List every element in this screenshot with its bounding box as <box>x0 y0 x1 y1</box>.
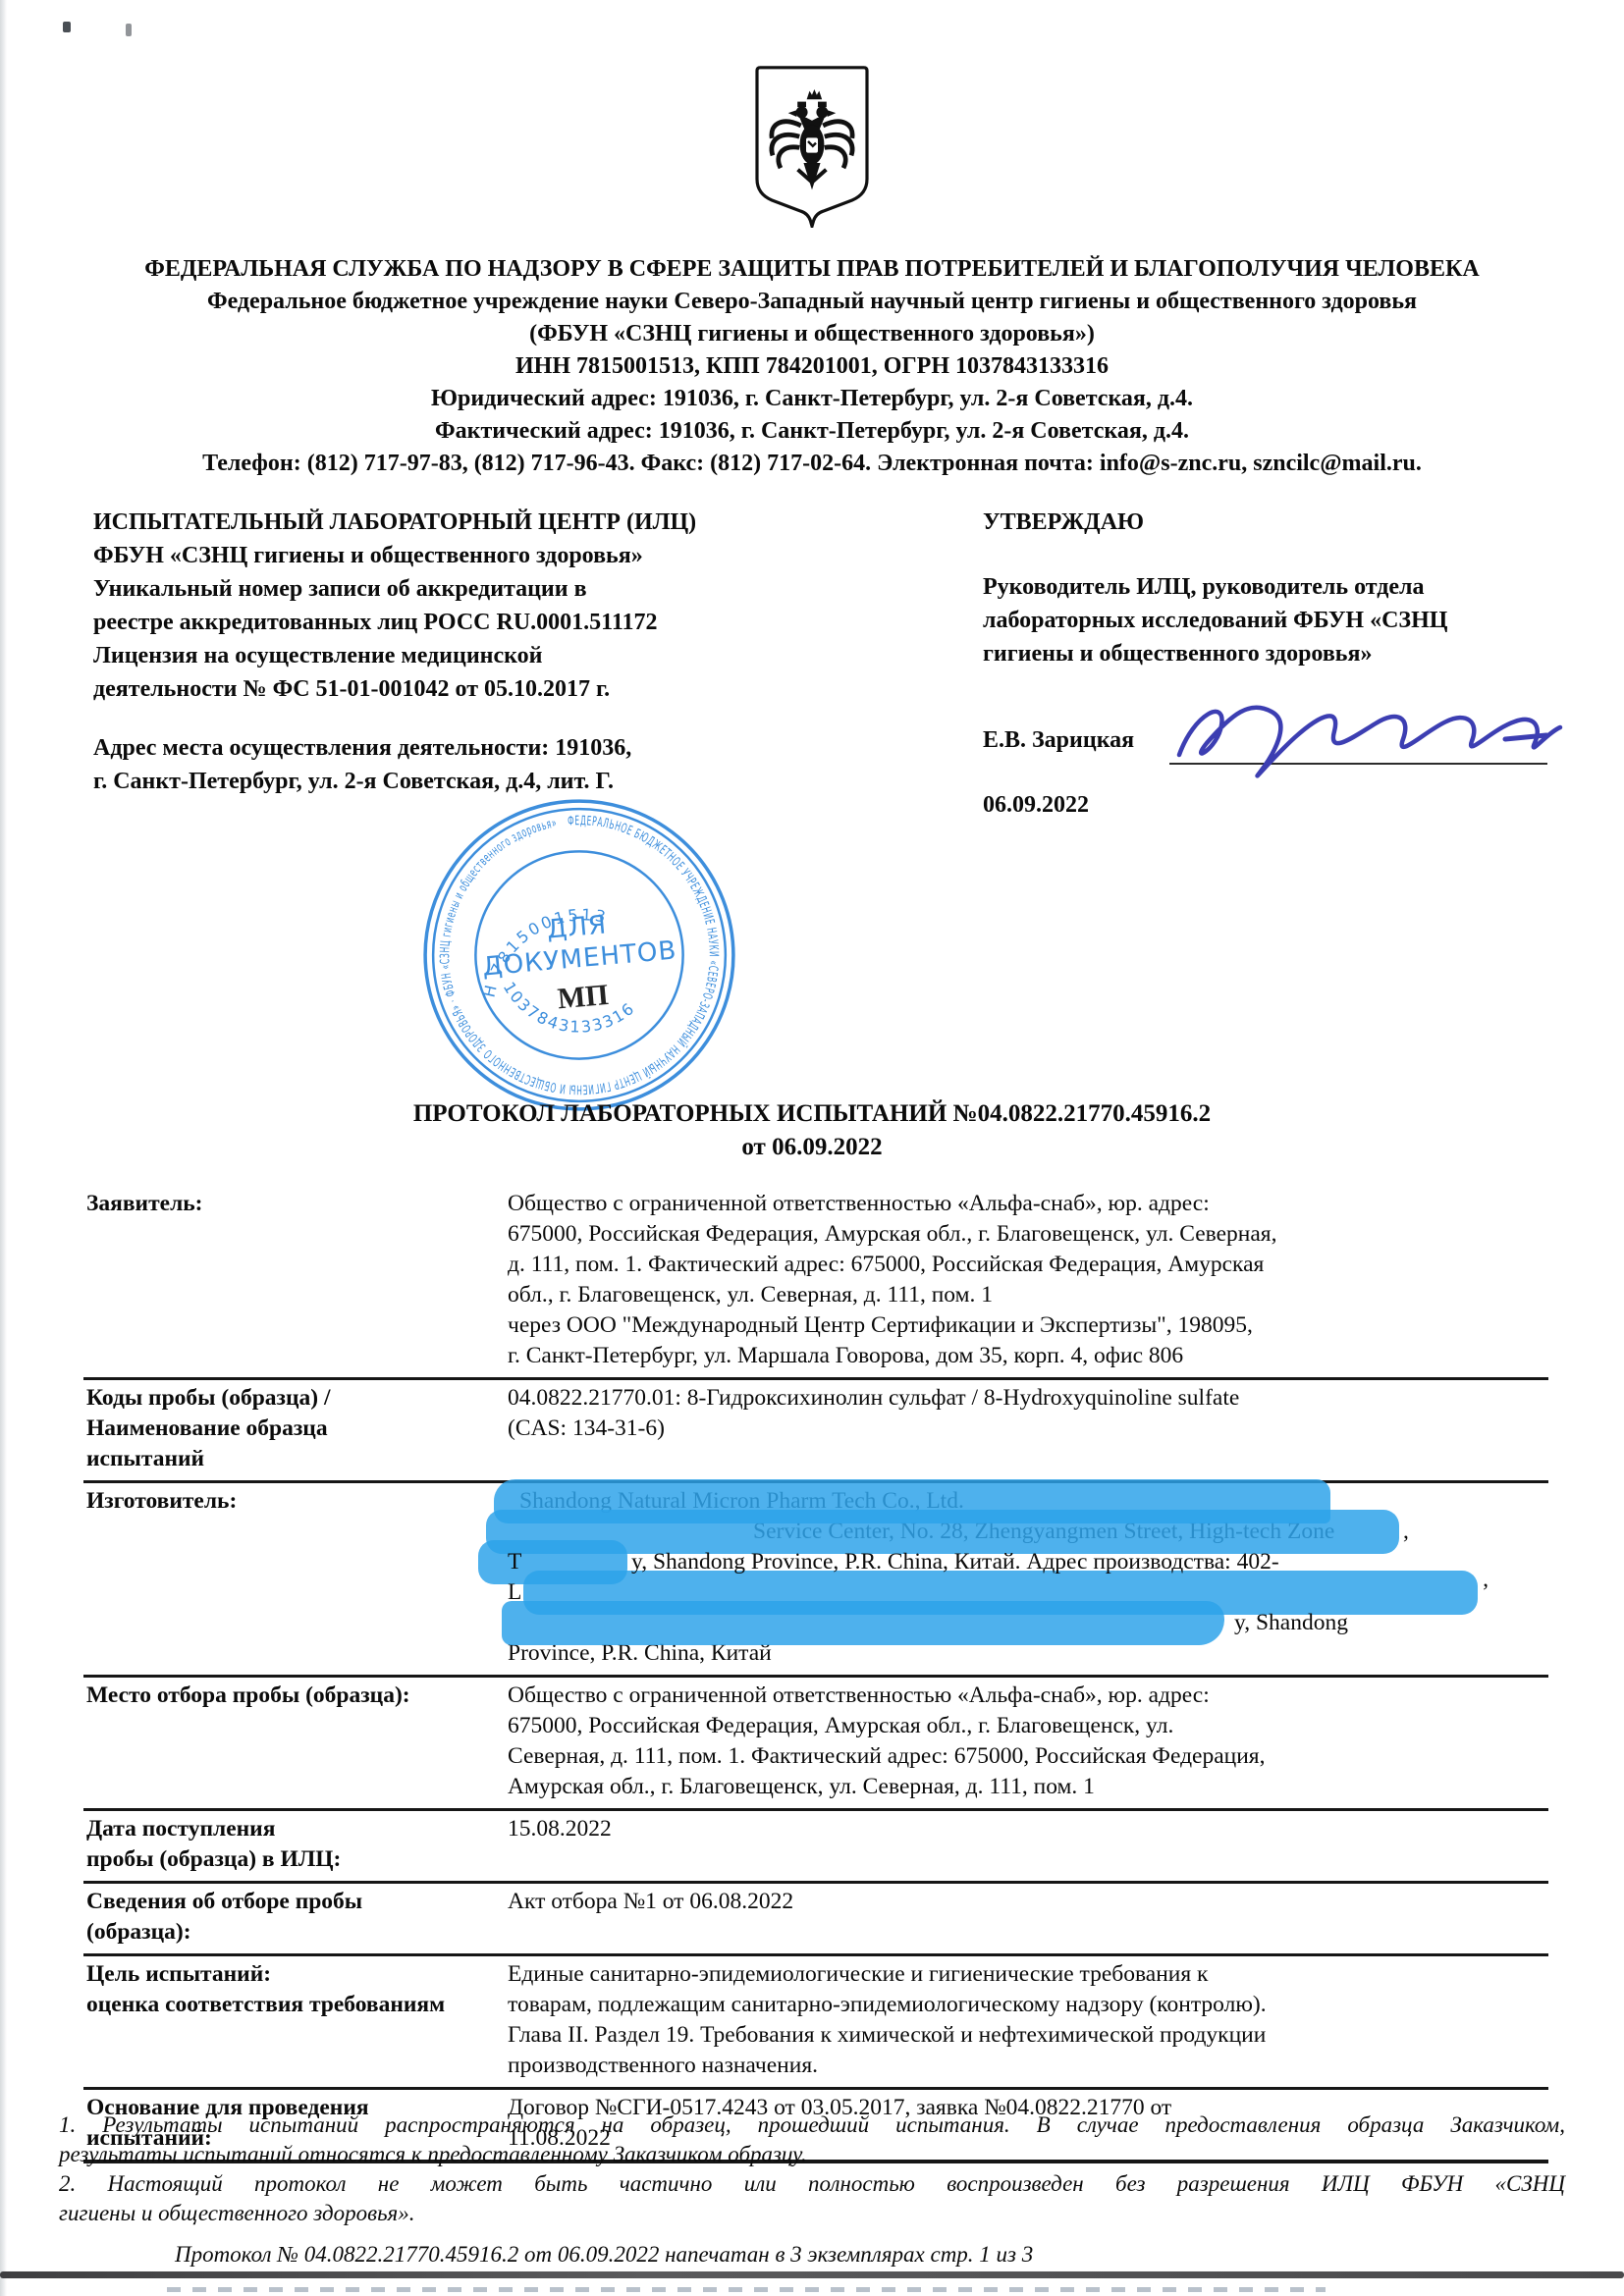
value-line: Общество с ограниченной ответственностью… <box>508 1189 1548 1219</box>
approval-body-line: Руководитель ИЛЦ, руководитель отдела <box>983 570 1547 604</box>
approval-title: УТВЕРЖДАЮ <box>983 506 1547 539</box>
label-line: Сведения об отборе пробы <box>86 1887 508 1917</box>
label-line: Дата поступления <box>86 1814 508 1844</box>
header-actual-address: Фактический адрес: 191036, г. Санкт-Пете… <box>0 415 1624 448</box>
row-label: Место отбора пробы (образца): <box>83 1681 508 1802</box>
value-line: производственного назначения. <box>508 2051 1548 2081</box>
approval-block: УТВЕРЖДАЮ Руководитель ИЛЦ, руководитель… <box>983 506 1547 822</box>
label-line: Цель испытаний: <box>86 1959 508 1990</box>
redaction-bar <box>502 1601 1224 1645</box>
value-line: (CAS: 134-31-6) <box>508 1414 1548 1444</box>
row-value: 04.0822.21770.01: 8-Гидроксихинолин суль… <box>508 1383 1548 1474</box>
row-label: Изготовитель: <box>83 1486 508 1669</box>
row-value-redacted: Shandong Natural Micron Pharm Tech Co., … <box>508 1486 1548 1669</box>
table-row-test-purpose: Цель испытаний: оценка соответствия треб… <box>83 1953 1548 2087</box>
value-line: Акт отбора №1 от 06.08.2022 <box>508 1887 1548 1917</box>
value-line: обл., г. Благовещенск, ул. Северная, д. … <box>508 1280 1548 1310</box>
redacted-line-2: Service Center, No. 28, Zhengyangmen Str… <box>508 1517 1548 1547</box>
header-org-line2: Федеральное бюджетное учреждение науки С… <box>0 286 1624 318</box>
table-row-receipt-date: Дата поступления пробы (образца) в ИЛЦ: … <box>83 1808 1548 1881</box>
table-row-zayavitel: Заявитель: Общество с ограниченной ответ… <box>83 1186 1548 1377</box>
lab-info-line: ИСПЫТАТЕЛЬНЫЙ ЛАБОРАТОРНЫЙ ЦЕНТР (ИЛЦ) <box>93 506 741 539</box>
lab-address-line: Адрес места осуществления деятельности: … <box>93 731 741 765</box>
info-approval-section: ИСПЫТАТЕЛЬНЫЙ ЛАБОРАТОРНЫЙ ЦЕНТР (ИЛЦ) Ф… <box>93 506 1547 822</box>
table-row-sampling-place: Место отбора пробы (образца): Общество с… <box>83 1675 1548 1808</box>
header-org-line3: (ФБУН «СЗНЦ гигиены и общественного здор… <box>0 318 1624 350</box>
protocol-scan-page: ФЕДЕРАЛЬНАЯ СЛУЖБА ПО НАДЗОРУ В СФЕРЕ ЗА… <box>0 0 1624 2296</box>
scan-speck <box>63 22 71 32</box>
protocol-title: ПРОТОКОЛ ЛАБОРАТОРНЫХ ИСПЫТАНИЙ №04.0822… <box>0 1097 1624 1164</box>
row-label: Коды пробы (образца) / Наименование обра… <box>83 1383 508 1474</box>
visible-tail: ’ <box>1482 1577 1489 1608</box>
header-legal-address: Юридический адрес: 191036, г. Санкт-Пете… <box>0 383 1624 415</box>
lab-info-line: Лицензия на осуществление медицинской <box>93 639 741 672</box>
scan-artifact-dots <box>167 2287 1326 2292</box>
footnote-2-line2: гигиены и общественного здоровья». <box>59 2199 1565 2228</box>
footnotes: 1. Результаты испытаний распространяются… <box>59 2110 1565 2269</box>
row-value: Общество с ограниченной ответственностью… <box>508 1189 1548 1371</box>
lab-info-block: ИСПЫТАТЕЛЬНЫЙ ЛАБОРАТОРНЫЙ ЦЕНТР (ИЛЦ) Ф… <box>93 506 741 822</box>
row-value: Единые санитарно-эпидемиологические и ги… <box>508 1959 1548 2081</box>
value-line: д. 111, пом. 1. Фактический адрес: 67500… <box>508 1250 1548 1280</box>
visible-tail: y, Shandong <box>1234 1608 1348 1638</box>
visible-text: y, Shandong Province, P.R. China, Китай.… <box>631 1547 1279 1577</box>
approver-name: Е.В. Зарицкая <box>983 723 1134 757</box>
stamp-mp-text: МП <box>556 978 610 1015</box>
scan-artifact-bar <box>0 2271 1624 2278</box>
visible-tail: , <box>1403 1517 1409 1547</box>
footnote-1-line1: 1. Результаты испытаний распространяются… <box>59 2110 1565 2140</box>
approval-date: 06.09.2022 <box>983 788 1547 822</box>
table-row-sampling-info: Сведения об отборе пробы (образца): Акт … <box>83 1881 1548 1953</box>
value-line: 675000, Российская Федерация, Амурская о… <box>508 1711 1548 1741</box>
footnote-1-line2: результаты испытаний относятся к предост… <box>59 2140 1565 2169</box>
value-line: 04.0822.21770.01: 8-Гидроксихинолин суль… <box>508 1383 1548 1414</box>
lab-info-line: реестре аккредитованных лиц РОСС RU.0001… <box>93 606 741 639</box>
value-line: через ООО "Международный Центр Сертифика… <box>508 1310 1548 1341</box>
value-line: Глава II. Раздел 19. Требования к химиче… <box>508 2020 1548 2051</box>
protocol-table: Заявитель: Общество с ограниченной ответ… <box>83 1186 1548 2163</box>
lab-info-line: ФБУН «СЗНЦ гигиены и общественного здоро… <box>93 539 741 572</box>
row-value: Акт отбора №1 от 06.08.2022 <box>508 1887 1548 1948</box>
stamp-center-line1: ДЛЯ <box>546 910 609 944</box>
label-line: оценка соответствия требованиям <box>86 1990 508 2020</box>
russia-coat-of-arms-icon <box>749 63 875 228</box>
footnote-2-line1: 2. Настоящий протокол не может быть част… <box>59 2169 1565 2199</box>
value-line: товарам, подлежащим санитарно-эпидемиоло… <box>508 1990 1548 2020</box>
label-line: (образца): <box>86 1917 508 1948</box>
row-label: Заявитель: <box>83 1189 508 1371</box>
header-requisites: ИНН 7815001513, КПП 784201001, ОГРН 1037… <box>0 350 1624 383</box>
row-label: Дата поступления пробы (образца) в ИЛЦ: <box>83 1814 508 1875</box>
value-line: 675000, Российская Федерация, Амурская о… <box>508 1219 1548 1250</box>
protocol-title-line2: от 06.09.2022 <box>0 1131 1624 1164</box>
header-org-line1: ФЕДЕРАЛЬНАЯ СЛУЖБА ПО НАДЗОРУ В СФЕРЕ ЗА… <box>0 253 1624 286</box>
row-label: Цель испытаний: оценка соответствия треб… <box>83 1959 508 2081</box>
table-row-manufacturer: Изготовитель: Shandong Natural Micron Ph… <box>83 1480 1548 1675</box>
table-row-sample-codes: Коды пробы (образца) / Наименование обра… <box>83 1377 1548 1480</box>
page-counter-line: Протокол № 04.0822.21770.45916.2 от 06.0… <box>175 2240 1565 2269</box>
visible-head: L <box>508 1577 521 1608</box>
protocol-title-line1: ПРОТОКОЛ ЛАБОРАТОРНЫХ ИСПЫТАНИЙ №04.0822… <box>0 1097 1624 1131</box>
label-line: Коды пробы (образца) / <box>86 1383 508 1414</box>
value-line: Северная, д. 111, пом. 1. Фактический ад… <box>508 1741 1548 1772</box>
value-line: Единые санитарно-эпидемиологические и ги… <box>508 1959 1548 1990</box>
header-contacts: Телефон: (812) 717-97-83, (812) 717-96-4… <box>0 448 1624 480</box>
row-value: 15.08.2022 <box>508 1814 1548 1875</box>
label-line: пробы (образца) в ИЛЦ: <box>86 1844 508 1875</box>
value-line: Общество с ограниченной ответственностью… <box>508 1681 1548 1711</box>
value-line: г. Санкт-Петербург, ул. Маршала Говорова… <box>508 1341 1548 1371</box>
lab-info-line: Уникальный номер записи об аккредитации … <box>93 572 741 606</box>
document-header: ФЕДЕРАЛЬНАЯ СЛУЖБА ПО НАДЗОРУ В СФЕРЕ ЗА… <box>0 253 1624 480</box>
lab-info-line: деятельности № ФС 51-01-001042 от 05.10.… <box>93 672 741 706</box>
value-line: Амурская обл., г. Благовещенск, ул. Севе… <box>508 1772 1548 1802</box>
handwritten-signature <box>1140 665 1572 792</box>
label-line: Наименование образца <box>86 1414 508 1444</box>
round-stamp: ФЕДЕРАЛЬНОЕ БЮДЖЕТНОЕ УЧРЕЖДЕНИЕ НАУКИ «… <box>401 785 758 1131</box>
row-label: Сведения об отборе пробы (образца): <box>83 1887 508 1948</box>
value-line: 15.08.2022 <box>508 1814 1548 1844</box>
visible-head: T <box>508 1547 521 1577</box>
scan-speck <box>126 24 132 36</box>
label-line: испытаний <box>86 1444 508 1474</box>
approval-body-line: лабораторных исследований ФБУН «СЗНЦ <box>983 604 1547 637</box>
row-value: Общество с ограниченной ответственностью… <box>508 1681 1548 1802</box>
